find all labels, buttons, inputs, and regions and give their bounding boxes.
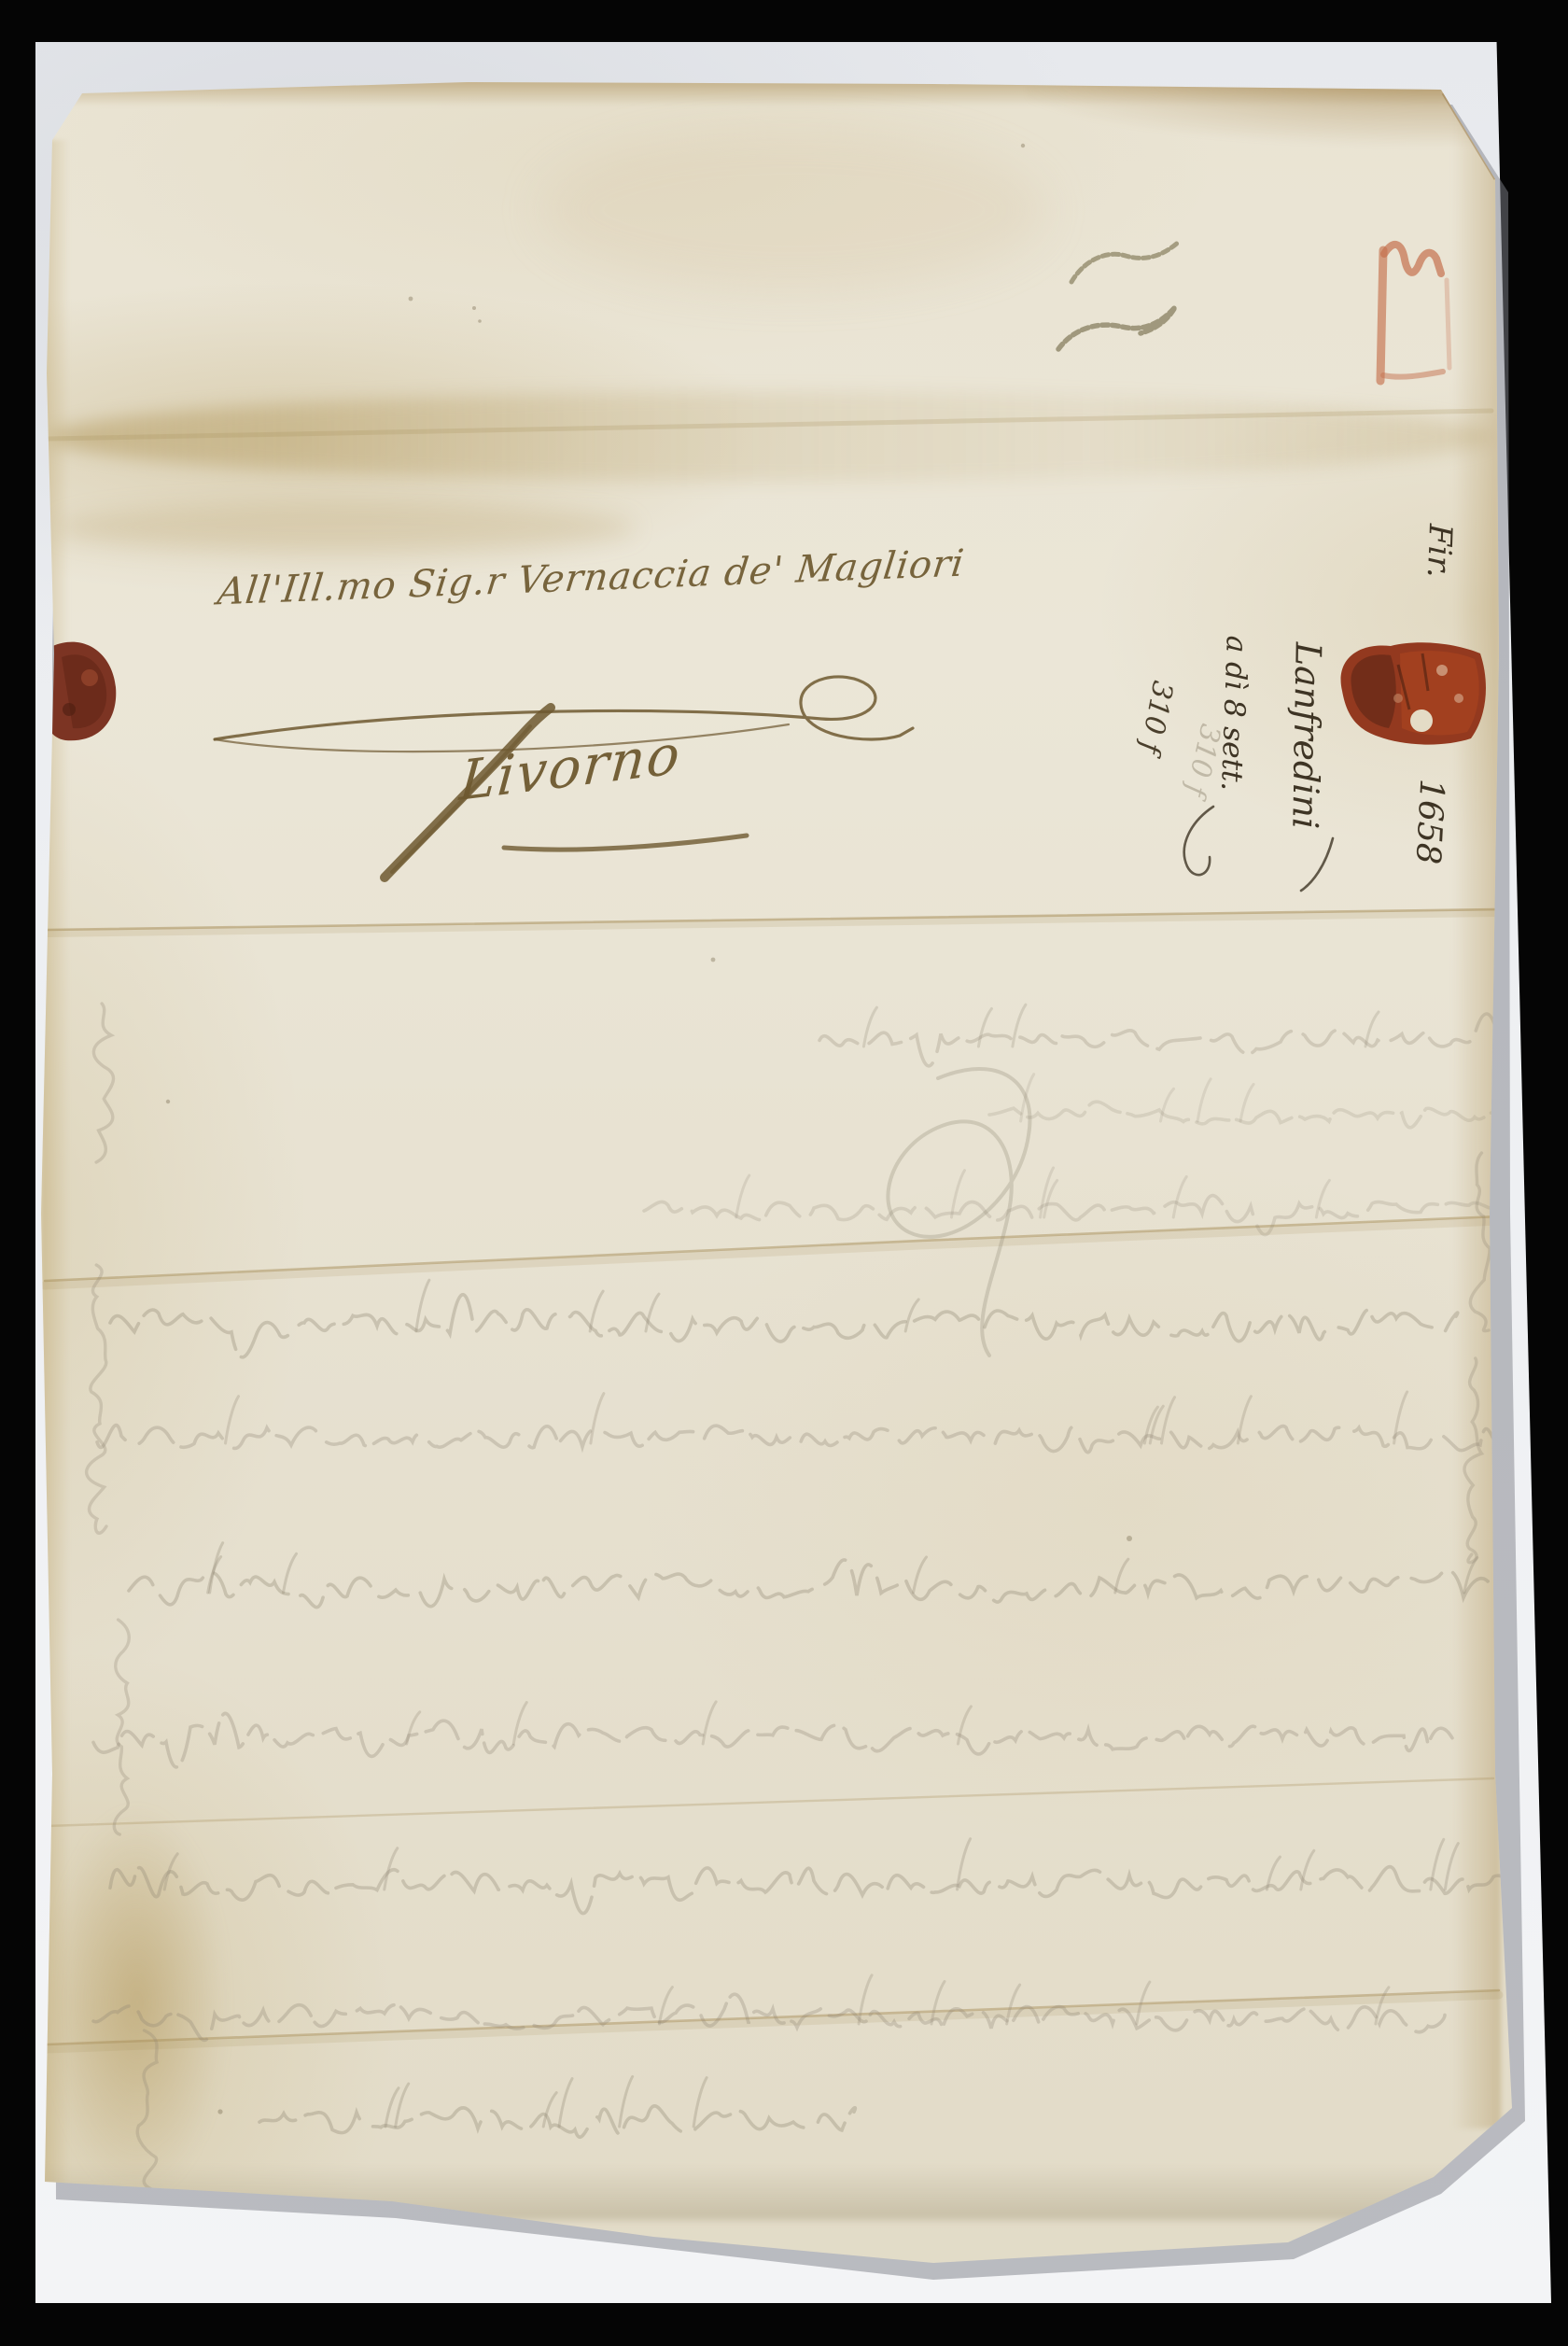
bleedthrough-line [905,1299,918,1331]
bleedthrough-line [93,1004,113,1162]
bleedthrough-line [210,1543,223,1593]
bleedthrough-line [87,1265,106,1533]
bleedthrough-line [110,1295,1458,1357]
fold-creases [45,411,1499,2049]
wax-seal-left [47,642,117,741]
bleedthrough-line [407,1712,420,1744]
bleedthrough-line [590,1291,603,1331]
bleedthrough-line [114,1620,129,1834]
bleedthrough-line [137,2030,157,2206]
bleedthrough-line [1470,1153,1490,1331]
bleedthrough-line [989,1102,1511,1128]
bleedthrough-line [914,1557,927,1593]
bleedthrough-line [559,2079,572,2127]
archival-note-swashes [1184,807,1333,891]
livorno-underline [504,836,747,850]
bleedthrough-line [513,1703,526,1744]
bleedthrough-line [129,1560,1507,1608]
bleedthrough-line [978,1008,991,1047]
place-word-strokes [385,708,747,878]
bleedthrough-line [110,1867,1505,1914]
address-flourish [215,677,913,752]
ink-and-marks-layer [0,0,1568,2346]
bleedthrough-line [1464,1358,1481,1563]
bleedthrough-layer [87,1004,1515,2206]
bleedthrough-line [1240,1084,1253,1121]
bleedthrough-line [1197,1079,1211,1121]
bleedthrough-line [736,1175,749,1217]
bleedthrough-line [93,1713,1452,1767]
photo-frame: All'Ill.mo Sig.r Vernaccia de' Magliori … [0,0,1568,2346]
bleedthrough-line [226,1397,239,1443]
bleedthrough-line [97,1423,1515,1453]
bleedthrough-line [819,1014,1512,1066]
bleedthrough-line [1115,1559,1128,1593]
bleedthrough-line [591,1394,604,1443]
wax-seal-right [1341,642,1486,744]
bleedthrough-line [283,1553,296,1593]
pencil-scribble [1058,242,1179,349]
bleedthrough-line [1173,1177,1186,1217]
red-stamp [1380,245,1449,381]
bleedthrough-line [259,2106,855,2137]
